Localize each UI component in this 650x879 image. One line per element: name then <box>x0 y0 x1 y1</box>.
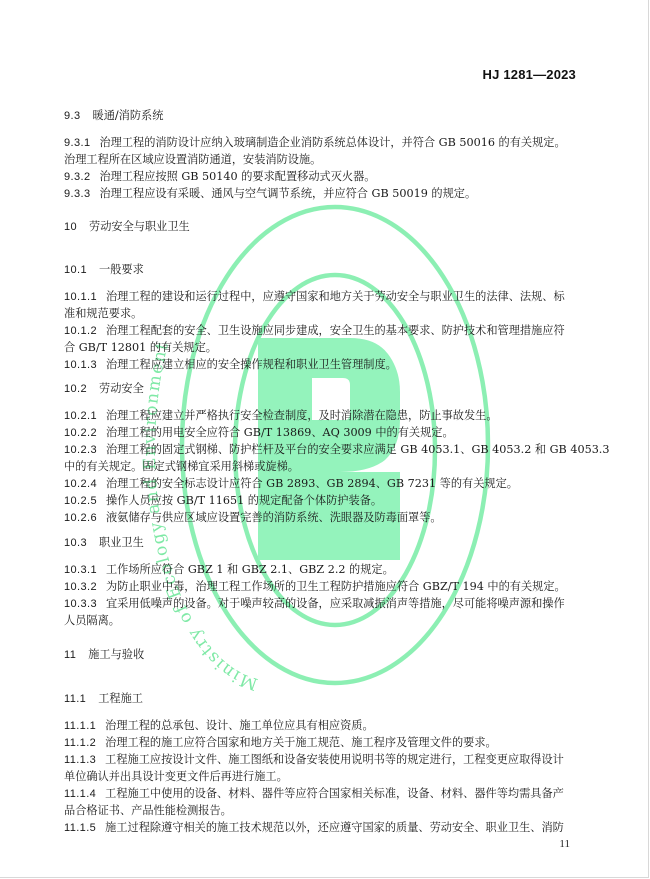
section-heading: 10.2劳动安全 <box>64 382 144 396</box>
clause-number: 10.2.1 <box>64 410 97 422</box>
clause-text: 劳动安全与职业卫生 <box>89 220 190 233</box>
clause-text: 准和规范要求。 <box>64 307 142 320</box>
paragraph-continuation: 人员隔离。 <box>64 614 120 628</box>
clause-text: 治理工程的安全标志设计应符合 GB 2893、GB 2894、GB 7231 等… <box>106 477 518 490</box>
clause-text: 单位确认并出具设计变更文件后再进行施工。 <box>64 770 288 783</box>
section-heading: 11.1工程施工 <box>64 692 143 706</box>
clause-text: 人员隔离。 <box>64 614 120 627</box>
clause-paragraph: 10.2.1治理工程应建立并严格执行安全检查制度，及时消除潜在隐患，防止事故发生… <box>64 409 498 423</box>
clause-text: 治理工程配套的安全、卫生设施应同步建成，安全卫生的基本要求、防护技术和管理措施应… <box>106 324 565 337</box>
clause-number: 11.1.4 <box>64 788 96 800</box>
clause-text: 为防止职业中毒，治理工程工作场所的卫生工程防护措施应符合 GBZ/T 194 中… <box>106 580 566 593</box>
clause-number: 10.3.3 <box>64 598 97 610</box>
clause-paragraph: 11.1.3工程施工应按设计文件、施工图纸和设备安装使用说明书等的规定进行，工程… <box>64 753 564 767</box>
clause-number: 10.2 <box>64 383 87 395</box>
clause-text: 治理工程的建设和运行过程中，应遵守国家和地方关于劳动安全与职业卫生的法律、法规、… <box>106 290 565 303</box>
clause-text: 操作人员应按 GB/T 11651 的规定配备个体防护装备。 <box>106 494 382 507</box>
clause-text: 工程施工应按设计文件、施工图纸和设备安装使用说明书等的规定进行，工程变更应取得设… <box>105 753 564 766</box>
standard-number: HJ 1281—2023 <box>483 67 576 82</box>
clause-number: 10 <box>64 221 77 233</box>
clause-number: 10.1 <box>64 264 87 276</box>
clause-paragraph: 10.1.3治理工程应建立相应的安全操作规程和职业卫生管理制度。 <box>64 358 397 372</box>
document-page: HJ 1281—2023 Ministry of Ecology and Env… <box>0 0 649 878</box>
clause-paragraph: 10.2.5操作人员应按 GB/T 11651 的规定配备个体防护装备。 <box>64 494 382 508</box>
clause-number: 11 <box>64 649 76 661</box>
clause-text: 施工与验收 <box>88 648 144 661</box>
clause-number: 10.3 <box>64 537 87 549</box>
clause-paragraph: 10.3.1工作场所应符合 GBZ 1 和 GBZ 2.1、GBZ 2.2 的规… <box>64 563 394 577</box>
clause-paragraph: 11.1.1治理工程的总承包、设计、施工单位应具有相应资质。 <box>64 719 374 733</box>
clause-text: 治理工程应按照 GB 50140 的要求配置移动式灭火器。 <box>99 170 375 183</box>
clause-text: 治理工程所在区域应设置消防通道，安装消防设施。 <box>64 153 321 166</box>
clause-text: 品合格证书、产品性能检测报告。 <box>64 804 232 817</box>
clause-text: 治理工程应建立并严格执行安全检查制度，及时消除潜在隐患，防止事故发生。 <box>106 409 498 422</box>
clause-text: 合 GB/T 12801 的有关规定。 <box>64 341 217 354</box>
clause-paragraph: 11.1.4工程施工中使用的设备、材料、器件等应符合国家相关标准，设备、材料、器… <box>64 787 564 801</box>
clause-text: 施工过程除遵守相关的施工技术规范以外，还应遵守国家的质量、劳动安全、职业卫生、消… <box>105 821 564 834</box>
clause-text: 劳动安全 <box>99 382 144 395</box>
section-heading: 10劳动安全与职业卫生 <box>64 220 190 234</box>
clause-paragraph: 10.3.3宜采用低噪声的设备。对于噪声较高的设备，应采取减振消声等措施，尽可能… <box>64 597 565 611</box>
section-heading: 10.3职业卫生 <box>64 536 144 550</box>
clause-number: 9.3.2 <box>64 171 90 183</box>
clause-number: 10.2.6 <box>64 512 97 524</box>
section-heading: 11施工与验收 <box>64 648 144 662</box>
clause-text: 治理工程的施工应符合国家和地方关于施工规范、施工程序及管理文件的要求。 <box>105 736 497 749</box>
clause-paragraph: 9.3.3治理工程应设有采暖、通风与空气调节系统，并应符合 GB 50019 的… <box>64 187 476 201</box>
clause-text: 治理工程应建立相应的安全操作规程和职业卫生管理制度。 <box>106 358 397 371</box>
clause-paragraph: 10.3.2为防止职业中毒，治理工程工作场所的卫生工程防护措施应符合 GBZ/T… <box>64 580 566 594</box>
clause-paragraph: 10.1.1治理工程的建设和运行过程中，应遵守国家和地方关于劳动安全与职业卫生的… <box>64 290 565 304</box>
clause-paragraph: 9.3.2治理工程应按照 GB 50140 的要求配置移动式灭火器。 <box>64 170 375 184</box>
clause-number: 11.1.1 <box>64 720 96 732</box>
clause-text: 一般要求 <box>99 263 144 276</box>
clause-number: 9.3 <box>64 110 81 122</box>
clause-number: 11.1.3 <box>64 754 96 766</box>
clause-number: 10.3.1 <box>64 564 97 576</box>
clause-number: 11.1.5 <box>64 822 96 834</box>
clause-paragraph: 10.2.4治理工程的安全标志设计应符合 GB 2893、GB 2894、GB … <box>64 477 518 491</box>
clause-text: 工程施工中使用的设备、材料、器件等应符合国家相关标准，设备、材料、器件等均需具备… <box>105 787 564 800</box>
clause-text: 治理工程的用电安全应符合 GB/T 13869、AQ 3009 中的有关规定。 <box>106 426 454 439</box>
clause-number: 9.3.3 <box>64 188 90 200</box>
clause-number: 10.2.3 <box>64 444 97 456</box>
clause-number: 10.2.4 <box>64 478 97 490</box>
clause-text: 治理工程的固定式钢梯、防护栏杆及平台的安全要求应满足 GB 4053.1、GB … <box>106 443 610 456</box>
page-number: 11 <box>559 838 570 850</box>
paragraph-continuation: 品合格证书、产品性能检测报告。 <box>64 804 232 818</box>
clause-text: 工程施工 <box>98 692 143 705</box>
clause-text: 中的有关规定。固定式钢梯宜采用斜梯或旋梯。 <box>64 460 299 473</box>
clause-text: 液氨储存与供应区域应设置完善的消防系统、洗眼器及防毒面罩等。 <box>106 511 442 524</box>
paragraph-continuation: 治理工程所在区域应设置消防通道，安装消防设施。 <box>64 153 321 167</box>
paragraph-continuation: 准和规范要求。 <box>64 307 142 321</box>
clause-text: 暖通/消防系统 <box>93 109 164 122</box>
section-heading: 10.1一般要求 <box>64 263 144 277</box>
clause-text: 宜采用低噪声的设备。对于噪声较高的设备，应采取减振消声等措施，尽可能将噪声源和操… <box>106 597 565 610</box>
paragraph-continuation: 中的有关规定。固定式钢梯宜采用斜梯或旋梯。 <box>64 460 299 474</box>
clause-paragraph: 10.1.2治理工程配套的安全、卫生设施应同步建成，安全卫生的基本要求、防护技术… <box>64 324 565 338</box>
clause-text: 职业卫生 <box>99 536 144 549</box>
section-heading: 9.3暖通/消防系统 <box>64 109 163 123</box>
clause-number: 10.1.1 <box>64 291 97 303</box>
clause-paragraph: 11.1.2治理工程的施工应符合国家和地方关于施工规范、施工程序及管理文件的要求… <box>64 736 497 750</box>
clause-paragraph: 11.1.5施工过程除遵守相关的施工技术规范以外，还应遵守国家的质量、劳动安全、… <box>64 821 564 835</box>
clause-number: 10.1.2 <box>64 325 97 337</box>
paragraph-continuation: 合 GB/T 12801 的有关规定。 <box>64 341 217 355</box>
clause-paragraph: 9.3.1治理工程的消防设计应纳入玻璃制造企业消防系统总体设计，并符合 GB 5… <box>64 136 566 150</box>
clause-number: 11.1 <box>64 693 86 705</box>
clause-number: 9.3.1 <box>64 137 90 149</box>
clause-paragraph: 10.2.3治理工程的固定式钢梯、防护栏杆及平台的安全要求应满足 GB 4053… <box>64 443 609 457</box>
clause-number: 10.1.3 <box>64 359 97 371</box>
clause-number: 10.2.5 <box>64 495 97 507</box>
clause-number: 10.3.2 <box>64 581 97 593</box>
clause-text: 治理工程的消防设计应纳入玻璃制造企业消防系统总体设计，并符合 GB 50016 … <box>99 136 565 149</box>
clause-paragraph: 10.2.6液氨储存与供应区域应设置完善的消防系统、洗眼器及防毒面罩等。 <box>64 511 442 525</box>
clause-number: 11.1.2 <box>64 737 96 749</box>
clause-text: 治理工程应设有采暖、通风与空气调节系统，并应符合 GB 50019 的规定。 <box>99 187 476 200</box>
clause-number: 10.2.2 <box>64 427 97 439</box>
paragraph-continuation: 单位确认并出具设计变更文件后再进行施工。 <box>64 770 288 784</box>
clause-text: 工作场所应符合 GBZ 1 和 GBZ 2.1、GBZ 2.2 的规定。 <box>106 563 394 576</box>
clause-text: 治理工程的总承包、设计、施工单位应具有相应资质。 <box>105 719 374 732</box>
clause-paragraph: 10.2.2治理工程的用电安全应符合 GB/T 13869、AQ 3009 中的… <box>64 426 454 440</box>
